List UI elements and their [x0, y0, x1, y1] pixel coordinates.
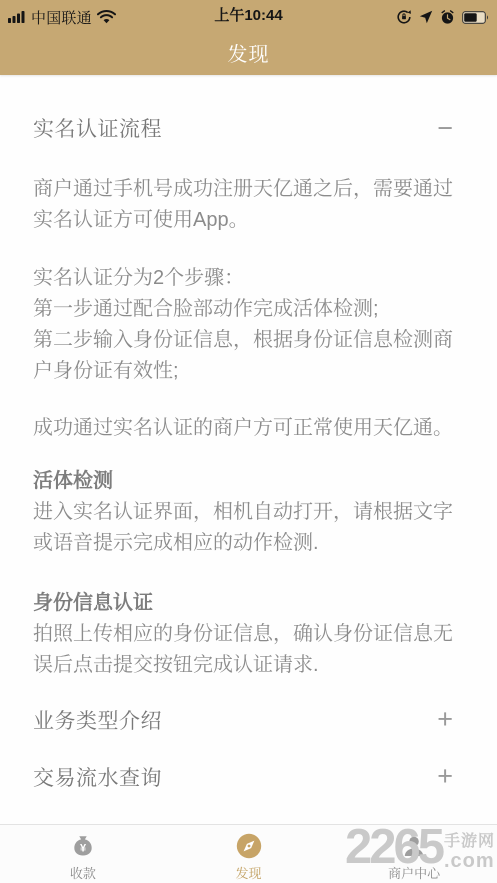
tab-merchant-center[interactable]: 商户中心 [331, 825, 497, 883]
top-header-area: 中国联通 上午10:44 [0, 0, 497, 75]
expand-plus-icon[interactable]: + [437, 706, 453, 733]
subsection-body: 拍照上传相应的身份证信息，确认身份证信息无误后点击提交按钮完成认证请求. [33, 619, 464, 681]
app-screen: 中国联通 上午10:44 [0, 0, 497, 883]
paragraph-success: 成功通过实名认证的商户方可正常使用天亿通。 [33, 413, 464, 444]
paragraph-steps: 实名认证分为2个步骤： 第一步通过配合脸部动作完成活体检测; 第二步输入身份证信… [33, 263, 464, 387]
accordion-title: 实名认证流程 [33, 113, 162, 143]
expand-plus-icon[interactable]: + [437, 763, 453, 790]
subsection-body: 进入实名认证界面，相机自动打开，请根据文字或语音提示完成相应的动作检测. [33, 497, 464, 559]
tab-label: 商户中心 [388, 863, 440, 882]
step2-line: 第二步输入身份证信息，根据身份证信息检测商户身份证有效性; [33, 325, 464, 387]
tab-receive-payment[interactable]: ¥ 收款 [0, 825, 166, 883]
svg-text:¥: ¥ [80, 842, 87, 854]
money-bag-icon: ¥ [69, 832, 96, 859]
accordion-header-transaction-query[interactable]: 交易流水查询 + [33, 748, 464, 805]
tab-label: 收款 [70, 863, 96, 882]
tab-label: 发现 [236, 863, 262, 882]
status-bar: 中国联通 上午10:44 [0, 0, 497, 30]
nav-bar: 发现 [0, 30, 497, 75]
accordion-header-realname[interactable]: 实名认证流程 − [33, 113, 464, 143]
accordion-title: 业务类型介绍 [33, 705, 162, 735]
subsection-identity: 身份信息认证 拍照上传相应的身份证信息，确认身份证信息无误后点击提交按钮完成认证… [33, 588, 464, 681]
page-title: 发现 [228, 38, 270, 67]
subsection-liveness: 活体检测 进入实名认证界面，相机自动打开，请根据文字或语音提示完成相应的动作检测… [33, 466, 464, 559]
collapse-minus-icon[interactable]: − [437, 115, 453, 142]
discover-content: 实名认证流程 − 商户通过手机号成功注册天亿通之后，需要通过实名认证方可使用Ap… [0, 75, 497, 824]
accordion-header-business-types[interactable]: 业务类型介绍 + [33, 691, 464, 748]
accordion-header-customer-service[interactable]: 客服联系方式 + [33, 805, 464, 824]
compass-icon [235, 832, 262, 859]
subsection-heading: 活体检测 [33, 466, 464, 497]
accordion-title: 交易流水查询 [33, 762, 162, 792]
step1-line: 第一步通过配合脸部动作完成活体检测; [33, 294, 464, 325]
paragraph-register: 商户通过手机号成功注册天亿通之后，需要通过实名认证方可使用App。 [33, 174, 464, 236]
person-icon [401, 832, 428, 859]
subsection-heading: 身份信息认证 [33, 588, 464, 619]
collapsed-accordion-list: 业务类型介绍 + 交易流水查询 + 客服联系方式 + [33, 691, 464, 824]
tab-bar: ¥ 收款 发现 商户中心 [0, 824, 497, 883]
clock-time: 上午10:44 [0, 4, 497, 25]
steps-intro-line: 实名认证分为2个步骤： [33, 263, 464, 294]
tab-discover[interactable]: 发现 [166, 825, 332, 883]
